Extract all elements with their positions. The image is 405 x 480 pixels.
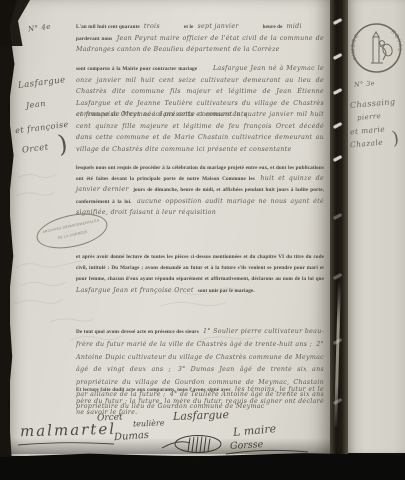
consent-declaration-paragraph: et après avoir donné lecture de toutes l…: [76, 250, 324, 295]
binding-stitch: [333, 18, 342, 25]
binding-stitch: [333, 213, 342, 220]
binding-gutter: [330, 0, 348, 457]
scanned-marriage-register: N° 4e Lasfargue Jean et françoise Orcet …: [0, 0, 405, 480]
binding-stitch: [333, 53, 342, 60]
publications-paragraph: lesquels nous ont requis de procéder à l…: [76, 161, 324, 217]
handwritten-date: sept janvier: [197, 23, 238, 30]
right-margin-groom-firstname: pierre: [357, 112, 382, 122]
handwritten-spouses-names: Lasfargue Jean et françoise Orcet: [76, 287, 194, 294]
handwritten-year: trois: [144, 23, 160, 30]
archives-stamp-line3: DE LA CORRÈZE: [58, 230, 89, 241]
printed-form-text: Et lecture faite dudit acte aux comparan…: [76, 387, 231, 393]
bride-paragraph: et françoise Orcet née dans cette commun…: [76, 108, 324, 154]
handwritten-officer: Jean Peyrat maire officier de l'état civ…: [76, 35, 324, 54]
page-bottom-shade: [0, 438, 330, 454]
printed-form-text: et après avoir donné lecture de toutes l…: [76, 254, 324, 282]
handwritten-bride-details: et françoise Orcet née dans cette commun…: [76, 111, 324, 153]
right-margin-bride-surname: Chazale: [350, 138, 384, 150]
binding-stitch: [333, 273, 342, 280]
signature-teuliere: teulière: [133, 418, 165, 428]
handwritten-hour: midi: [287, 23, 302, 30]
binding-stitch: [333, 88, 342, 95]
binding-stitch: [333, 155, 342, 162]
right-margin-groom-surname: Chassaing: [350, 97, 396, 110]
right-margin-act-number: N° 3e: [354, 79, 376, 89]
act-opening-paragraph: L'an mil huit cent quarante trois et le …: [76, 20, 324, 55]
right-margin-bride-firstname: et marie: [350, 124, 386, 136]
right-margin-closing-bracket: ): [391, 128, 401, 150]
binding-stitch: [333, 122, 342, 129]
printed-form-text: sont unis par le mariage.: [198, 288, 255, 294]
signature-lasfargue: Lasfargue: [173, 408, 229, 423]
printed-form-text: pardevant nous: [76, 36, 112, 42]
printed-form-text: et le: [184, 24, 194, 30]
printed-form-text: sont comparus à la Mairie pour contracte…: [76, 66, 197, 72]
printed-form-text: heure de: [263, 24, 283, 30]
register-right-page: TIMBRE ROYAL N° 3e Chassaing pierre et m…: [348, 0, 405, 453]
register-left-page: N° 4e Lasfargue Jean et françoise Orcet …: [10, 0, 330, 456]
printed-form-text: De tout quoi avons dressé acte en présen…: [76, 329, 199, 335]
printed-form-text: L'an mil huit cent quarante: [76, 24, 140, 30]
scan-background-bottom: [0, 452, 405, 480]
timbre-royal-stamp: TIMBRE ROYAL: [349, 21, 404, 77]
